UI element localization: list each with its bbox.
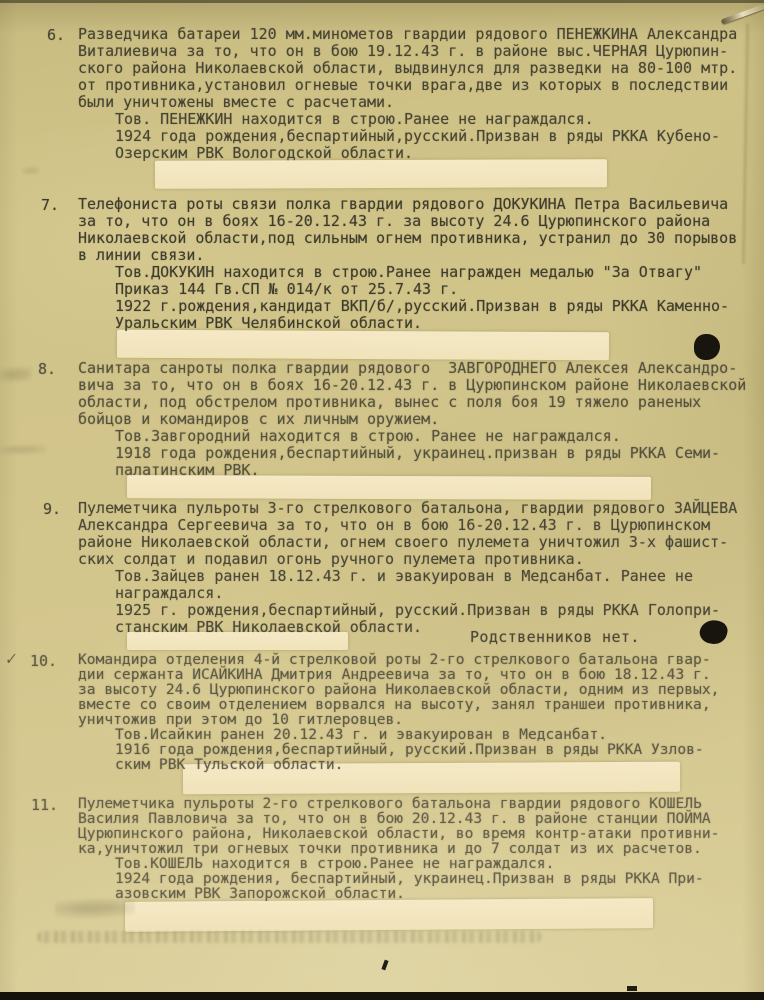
entry-6: 6. Разведчика батареи 120 мм.минометов г… — [0, 26, 764, 162]
text-line: в линии связи. — [78, 247, 764, 264]
text-line: 1924 года рождения,беспартийный,русский.… — [115, 128, 764, 145]
ink-speck — [627, 986, 637, 991]
text-line: Разведчика батареи 120 мм.минометов гвар… — [78, 26, 764, 43]
correction-patch — [125, 898, 653, 932]
entry-notes: Тов.Зайцев ранен 18.12.43 г. и эвакуиров… — [115, 568, 764, 636]
smudge-mark — [0, 366, 32, 384]
entry-notes: Тов.Завгородний находится в строю. Ранее… — [115, 428, 764, 479]
text-line: Виталиевича за то, что он в бою 19.12.43… — [78, 43, 764, 60]
entry-number: 6. — [47, 26, 65, 44]
text-line: азовским РВК Запорожской области. — [115, 886, 764, 901]
text-line: дии сержанта ИСАЙКИНА Дмитрия Андреевича… — [78, 667, 764, 682]
entry-notes: Тов.ДОКУКИН находится в строю.Ранее нагр… — [115, 264, 764, 332]
text-line: Тов.ДОКУКИН находится в строю.Ранее нагр… — [115, 264, 764, 281]
text-line: Тов.КОШЕЛЬ находится в строю.Ранее не на… — [115, 856, 764, 871]
text-line: ских солдат и подавил огонь ручного пуле… — [78, 551, 764, 568]
entry-notes: Тов.Исайкин ранен 20.12.43 г. и эвакуиро… — [115, 727, 764, 772]
text-line: бойцов и командиров с их личным оружием. — [78, 411, 764, 428]
entry-number: 7. — [41, 196, 59, 214]
entry-10: 10. Командира отделения 4-й стрелковой р… — [0, 652, 764, 772]
text-line: районе Николаевской области, огнем своег… — [78, 534, 764, 551]
entry-body: Командира отделения 4-й стрелковой роты … — [78, 652, 764, 727]
text-line: Николаевской области,под сильным огнем п… — [78, 230, 764, 247]
text-line: 1925 г. рождения,беспартийный, русский.П… — [115, 602, 764, 619]
text-line: Озерским РВК Вологодской области. — [115, 145, 764, 162]
text-line: Тов. ПЕНЕЖКИН находится в строю.Ранее не… — [115, 111, 764, 128]
text-line: 1922 г.рождения,кандидат ВКП/б/,русский.… — [115, 298, 764, 315]
text-line: станским РВК Николаевской области. — [115, 619, 764, 636]
entry-9: 9. Пулеметчика пульроты 3-го стрелкового… — [0, 500, 764, 636]
text-line: вместе со своим отделением ворвался на в… — [78, 697, 764, 712]
entry-number: 10. — [30, 652, 57, 670]
text-line: за то, что он в боях 16-20.12.43 г. за в… — [78, 213, 764, 230]
text-line: вича за то, что он в боях 16-20.12.43 г.… — [78, 377, 764, 394]
entry-number: 9. — [43, 500, 61, 518]
text-line: Телефониста роты связи полка гвардии ряд… — [78, 196, 764, 213]
ink-blot — [694, 334, 720, 360]
text-line: 1924 года рождения, беспартийный, украин… — [115, 871, 764, 886]
smudge-mark — [55, 898, 135, 920]
text-line: за высоту 24.6 Цурюпинского района Никол… — [78, 682, 764, 697]
smudge-mark — [22, 166, 40, 176]
entry-8: 8. Санитара санроты полка гвардии рядово… — [0, 360, 764, 479]
text-line: Командира отделения 4-й стрелковой роты … — [78, 652, 764, 667]
text-line: от противника,установил огневые точки вр… — [78, 77, 764, 94]
entry-body: Телефониста роты связи полка гвардии ряд… — [78, 196, 764, 264]
text-line: награждался. — [115, 585, 764, 602]
text-line: Александра Сергеевича за то, что он в бо… — [78, 517, 764, 534]
text-line: области, под обстрелом противника, вынес… — [78, 394, 764, 411]
ink-speck — [381, 960, 388, 971]
entry-body: Пулеметчика пульроты 2-го стрелкового ба… — [78, 796, 764, 856]
text-line: палатинским РВК. — [115, 462, 764, 479]
scan-edge-top — [0, 0, 764, 3]
text-line: были уничтожены вместе с расчетами. — [78, 94, 764, 111]
text-line: ка,уничтожил три огневых точки противник… — [78, 841, 764, 856]
text-line: Тов.Завгородний находится в строю. Ранее… — [115, 428, 764, 445]
text-line: Тов.Зайцев ранен 18.12.43 г. и эвакуиров… — [115, 568, 764, 585]
text-line: Санитара санроты полка гвардии рядового … — [78, 360, 764, 377]
entry-7: 7. Телефониста роты связи полка гвардии … — [0, 196, 764, 332]
text-line: Цурюпинского района, Николаевской област… — [78, 826, 764, 841]
correction-patch — [155, 159, 607, 189]
text-line: 1918 года рождения,беспартийный, украине… — [115, 445, 764, 462]
smudge-mark — [0, 444, 46, 456]
document-page: 6. Разведчика батареи 120 мм.минометов г… — [0, 0, 764, 1000]
paper-pin — [721, 3, 764, 25]
text-line: Приказ 144 Гв.СП № 014/к от 25.7.43 г. — [115, 281, 764, 298]
entry-body: Пулеметчика пульроты 3-го стрелкового ба… — [78, 500, 764, 568]
entry-notes: Тов.КОШЕЛЬ находится в строю.Ранее не на… — [115, 856, 764, 901]
margin-checkmark: ✓ — [3, 649, 18, 669]
scan-edge-bottom — [0, 992, 764, 1000]
entry-11: 11. Пулеметчика пульроты 2-го стрелковог… — [0, 796, 764, 901]
text-line: Пулеметчика пульроты 3-го стрелкового ба… — [78, 500, 764, 517]
text-line: уничтожив при этом до 10 гитлеровцев. — [78, 712, 764, 727]
correction-patch — [117, 330, 609, 361]
erased-text-smudge — [37, 931, 542, 943]
entry-body: Санитара санроты полка гвардии рядового … — [78, 360, 764, 428]
entry-number: 8. — [38, 360, 56, 378]
text-line: Василия Павловича за то, что он в бою 20… — [78, 811, 764, 826]
entry-notes: Тов. ПЕНЕЖКИН находится в строю.Ранее не… — [115, 111, 764, 162]
text-line: 1916 года рождения,беспартийный, русский… — [115, 742, 764, 757]
entry-number: 11. — [31, 796, 58, 814]
text-line: ского района Николаевской области, выдви… — [78, 60, 764, 77]
text-line: Пулеметчика пульроты 2-го стрелкового ба… — [78, 796, 764, 811]
text-line: Тов.Исайкин ранен 20.12.43 г. и эвакуиро… — [115, 727, 764, 742]
entry-body: Разведчика батареи 120 мм.минометов гвар… — [78, 26, 764, 111]
relatives-note: Родственников нет. — [470, 628, 640, 646]
text-line: Уральским РВК Челябинской области. — [115, 315, 764, 332]
text-line: ским РВК Тульской области. — [115, 757, 764, 772]
